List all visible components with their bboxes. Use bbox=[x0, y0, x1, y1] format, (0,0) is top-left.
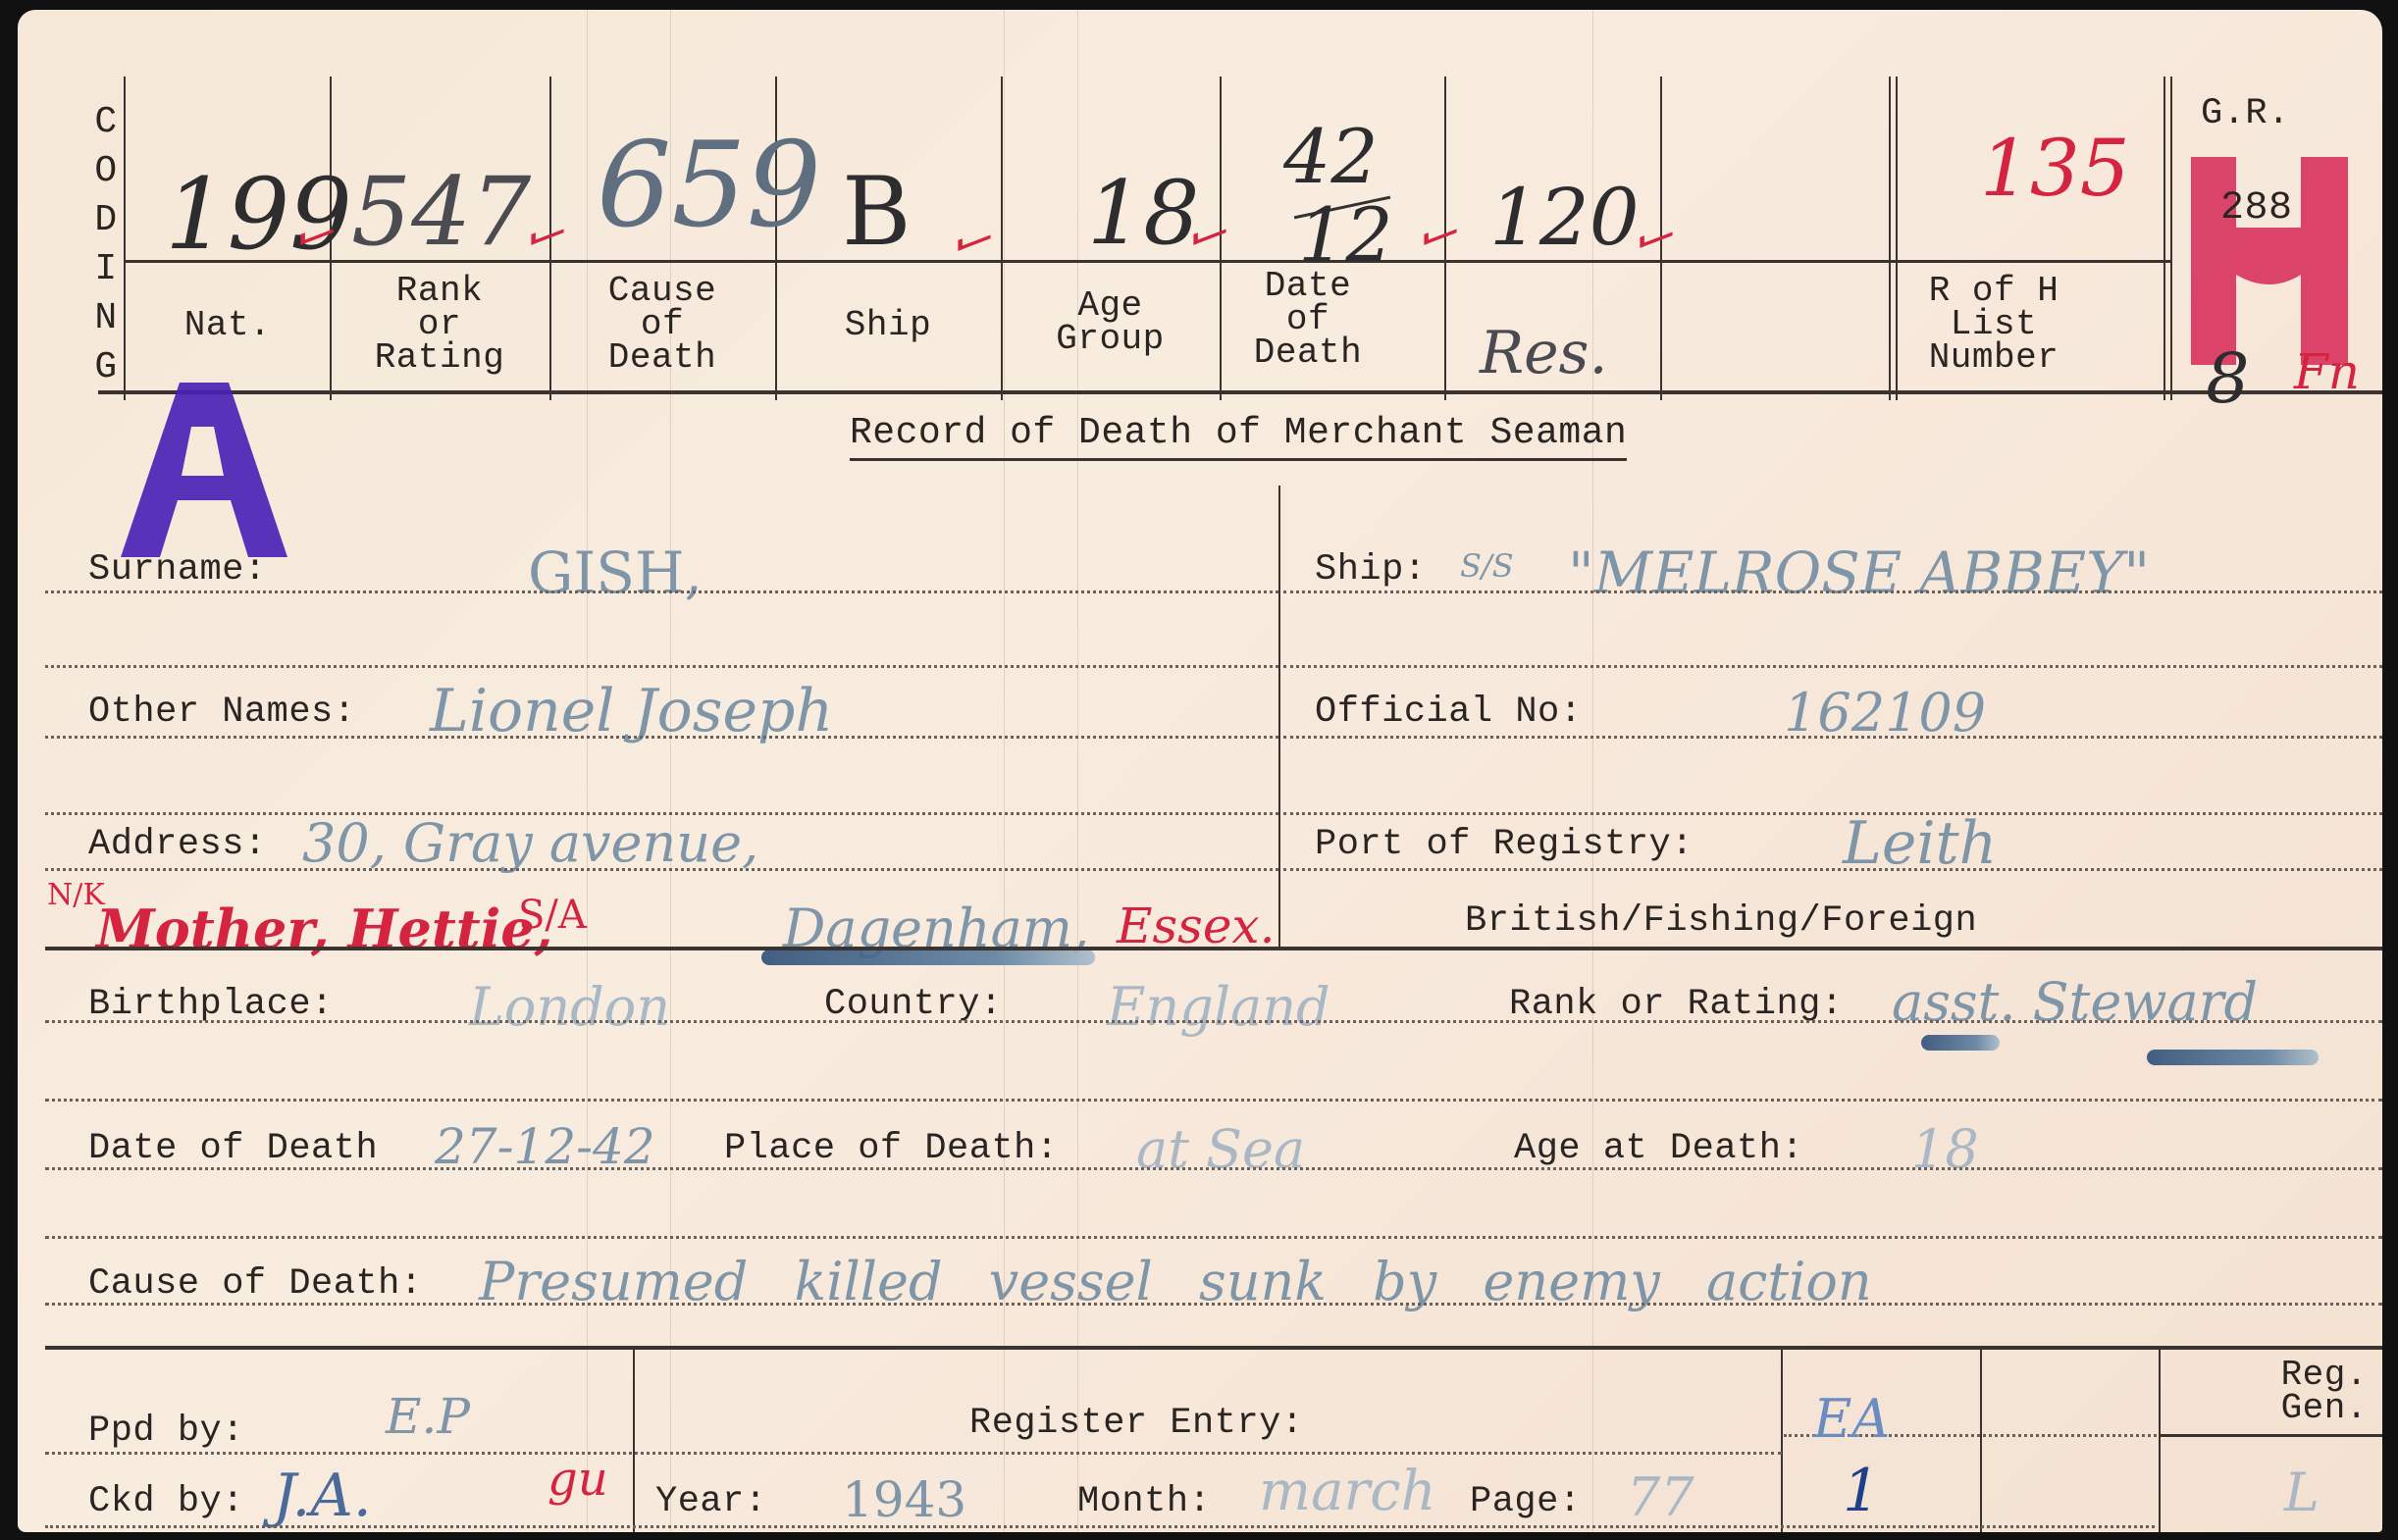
a-stamp bbox=[121, 383, 287, 557]
coding-rofh-value: 135 bbox=[1980, 123, 2130, 214]
document-title: Record of Death of Merchant Seaman bbox=[850, 412, 1627, 461]
page-label: Page: bbox=[1470, 1481, 1582, 1522]
coding-label-date: DateofDeath bbox=[1220, 270, 1396, 370]
coding-nat-value: 199 bbox=[165, 157, 352, 272]
coding-label-rank: RankorRating bbox=[330, 275, 549, 375]
ship-label: Ship: bbox=[1315, 549, 1427, 590]
coding-label-rofh: R of HListNumber bbox=[1896, 275, 2092, 375]
coding-age-group-value: 18 bbox=[1087, 162, 1200, 265]
year-label: Year: bbox=[655, 1481, 767, 1522]
rank-or-rating-label: Rank or Rating: bbox=[1509, 984, 1844, 1025]
address-line1: 30, Gray avenue, bbox=[302, 812, 758, 874]
surname-label: Surname: bbox=[88, 549, 267, 590]
coding-date-top: 42 bbox=[1283, 113, 1379, 200]
ckd-by-label: Ckd by: bbox=[88, 1481, 244, 1522]
reg-gen-value: L bbox=[2284, 1462, 2320, 1523]
register-box-top: EA bbox=[1813, 1388, 1890, 1450]
country-value: England bbox=[1107, 976, 1330, 1038]
age-at-death-label: Age at Death: bbox=[1514, 1128, 1803, 1169]
gr-number: 288 bbox=[2220, 186, 2293, 231]
register-entry-label: Register Entry: bbox=[969, 1403, 1304, 1444]
coding-ship-value: B bbox=[842, 157, 912, 267]
coding-label-ship: Ship bbox=[775, 309, 1001, 342]
page-value: 77 bbox=[1627, 1466, 1694, 1528]
gr-initials: Fn bbox=[2294, 343, 2360, 400]
ppd-by-value: E.P bbox=[386, 1388, 470, 1445]
coding-label: C O D I N G bbox=[86, 98, 126, 392]
reg-gen-label: Reg. Gen. bbox=[2171, 1359, 2368, 1425]
next-of-kin-suffix: S/A bbox=[518, 893, 587, 938]
birthplace-value: London bbox=[469, 976, 670, 1038]
year-value: 1943 bbox=[842, 1471, 966, 1528]
coding-rank-value: 547 bbox=[351, 157, 531, 267]
coding-col7-value: 120 bbox=[1489, 172, 1640, 263]
country-label: Country: bbox=[824, 984, 1003, 1025]
next-of-kin-value: Mother, Hettie, bbox=[96, 898, 552, 960]
ckd-by-value: J.A. bbox=[273, 1462, 372, 1530]
register-box-bottom: 1 bbox=[1843, 1457, 1880, 1525]
date-of-death-label: Date of Death bbox=[88, 1128, 378, 1169]
port-of-registry-label: Port of Registry: bbox=[1315, 824, 1694, 865]
record-card: C O D I N G 199 547 659 B 18 42 bbox=[18, 10, 2382, 1532]
official-no-value: 162109 bbox=[1784, 682, 1986, 744]
place-of-death-label: Place of Death: bbox=[724, 1128, 1059, 1169]
ship-type-label: British/Fishing/Foreign bbox=[1465, 900, 1977, 942]
coding-label-age-group: AgeGroup bbox=[1001, 289, 1220, 356]
coding-label-nat: Nat. bbox=[126, 309, 330, 342]
coding-cause-value: 659 bbox=[597, 118, 821, 254]
ppd-by-label: Ppd by: bbox=[88, 1411, 244, 1452]
rank-or-rating-value: asst. Steward bbox=[1892, 971, 2258, 1033]
ship-prefix: S/S bbox=[1460, 547, 1514, 585]
address-label: Address: bbox=[88, 824, 267, 865]
month-value: march bbox=[1259, 1460, 1436, 1523]
surname-value: GISH, bbox=[528, 539, 703, 606]
official-no-label: Official No: bbox=[1315, 692, 1582, 733]
ckd-by-red-initials: gu bbox=[547, 1452, 608, 1507]
month-label: Month: bbox=[1077, 1481, 1211, 1522]
other-names-label: Other Names: bbox=[88, 692, 355, 733]
age-at-death-value: 18 bbox=[1911, 1118, 1979, 1180]
birthplace-label: Birthplace: bbox=[88, 984, 334, 1025]
coding-label-cause: CauseofDeath bbox=[549, 275, 775, 375]
gr-handwritten: 8 bbox=[2206, 338, 2250, 419]
ship-value: "MELROSE ABBEY" bbox=[1568, 539, 2150, 606]
gr-label: G.R. bbox=[2201, 93, 2290, 134]
cause-of-death-label: Cause of Death: bbox=[88, 1263, 423, 1305]
place-of-death-value: at Sea bbox=[1136, 1118, 1305, 1180]
coding-res-note: Res. bbox=[1480, 319, 1608, 387]
